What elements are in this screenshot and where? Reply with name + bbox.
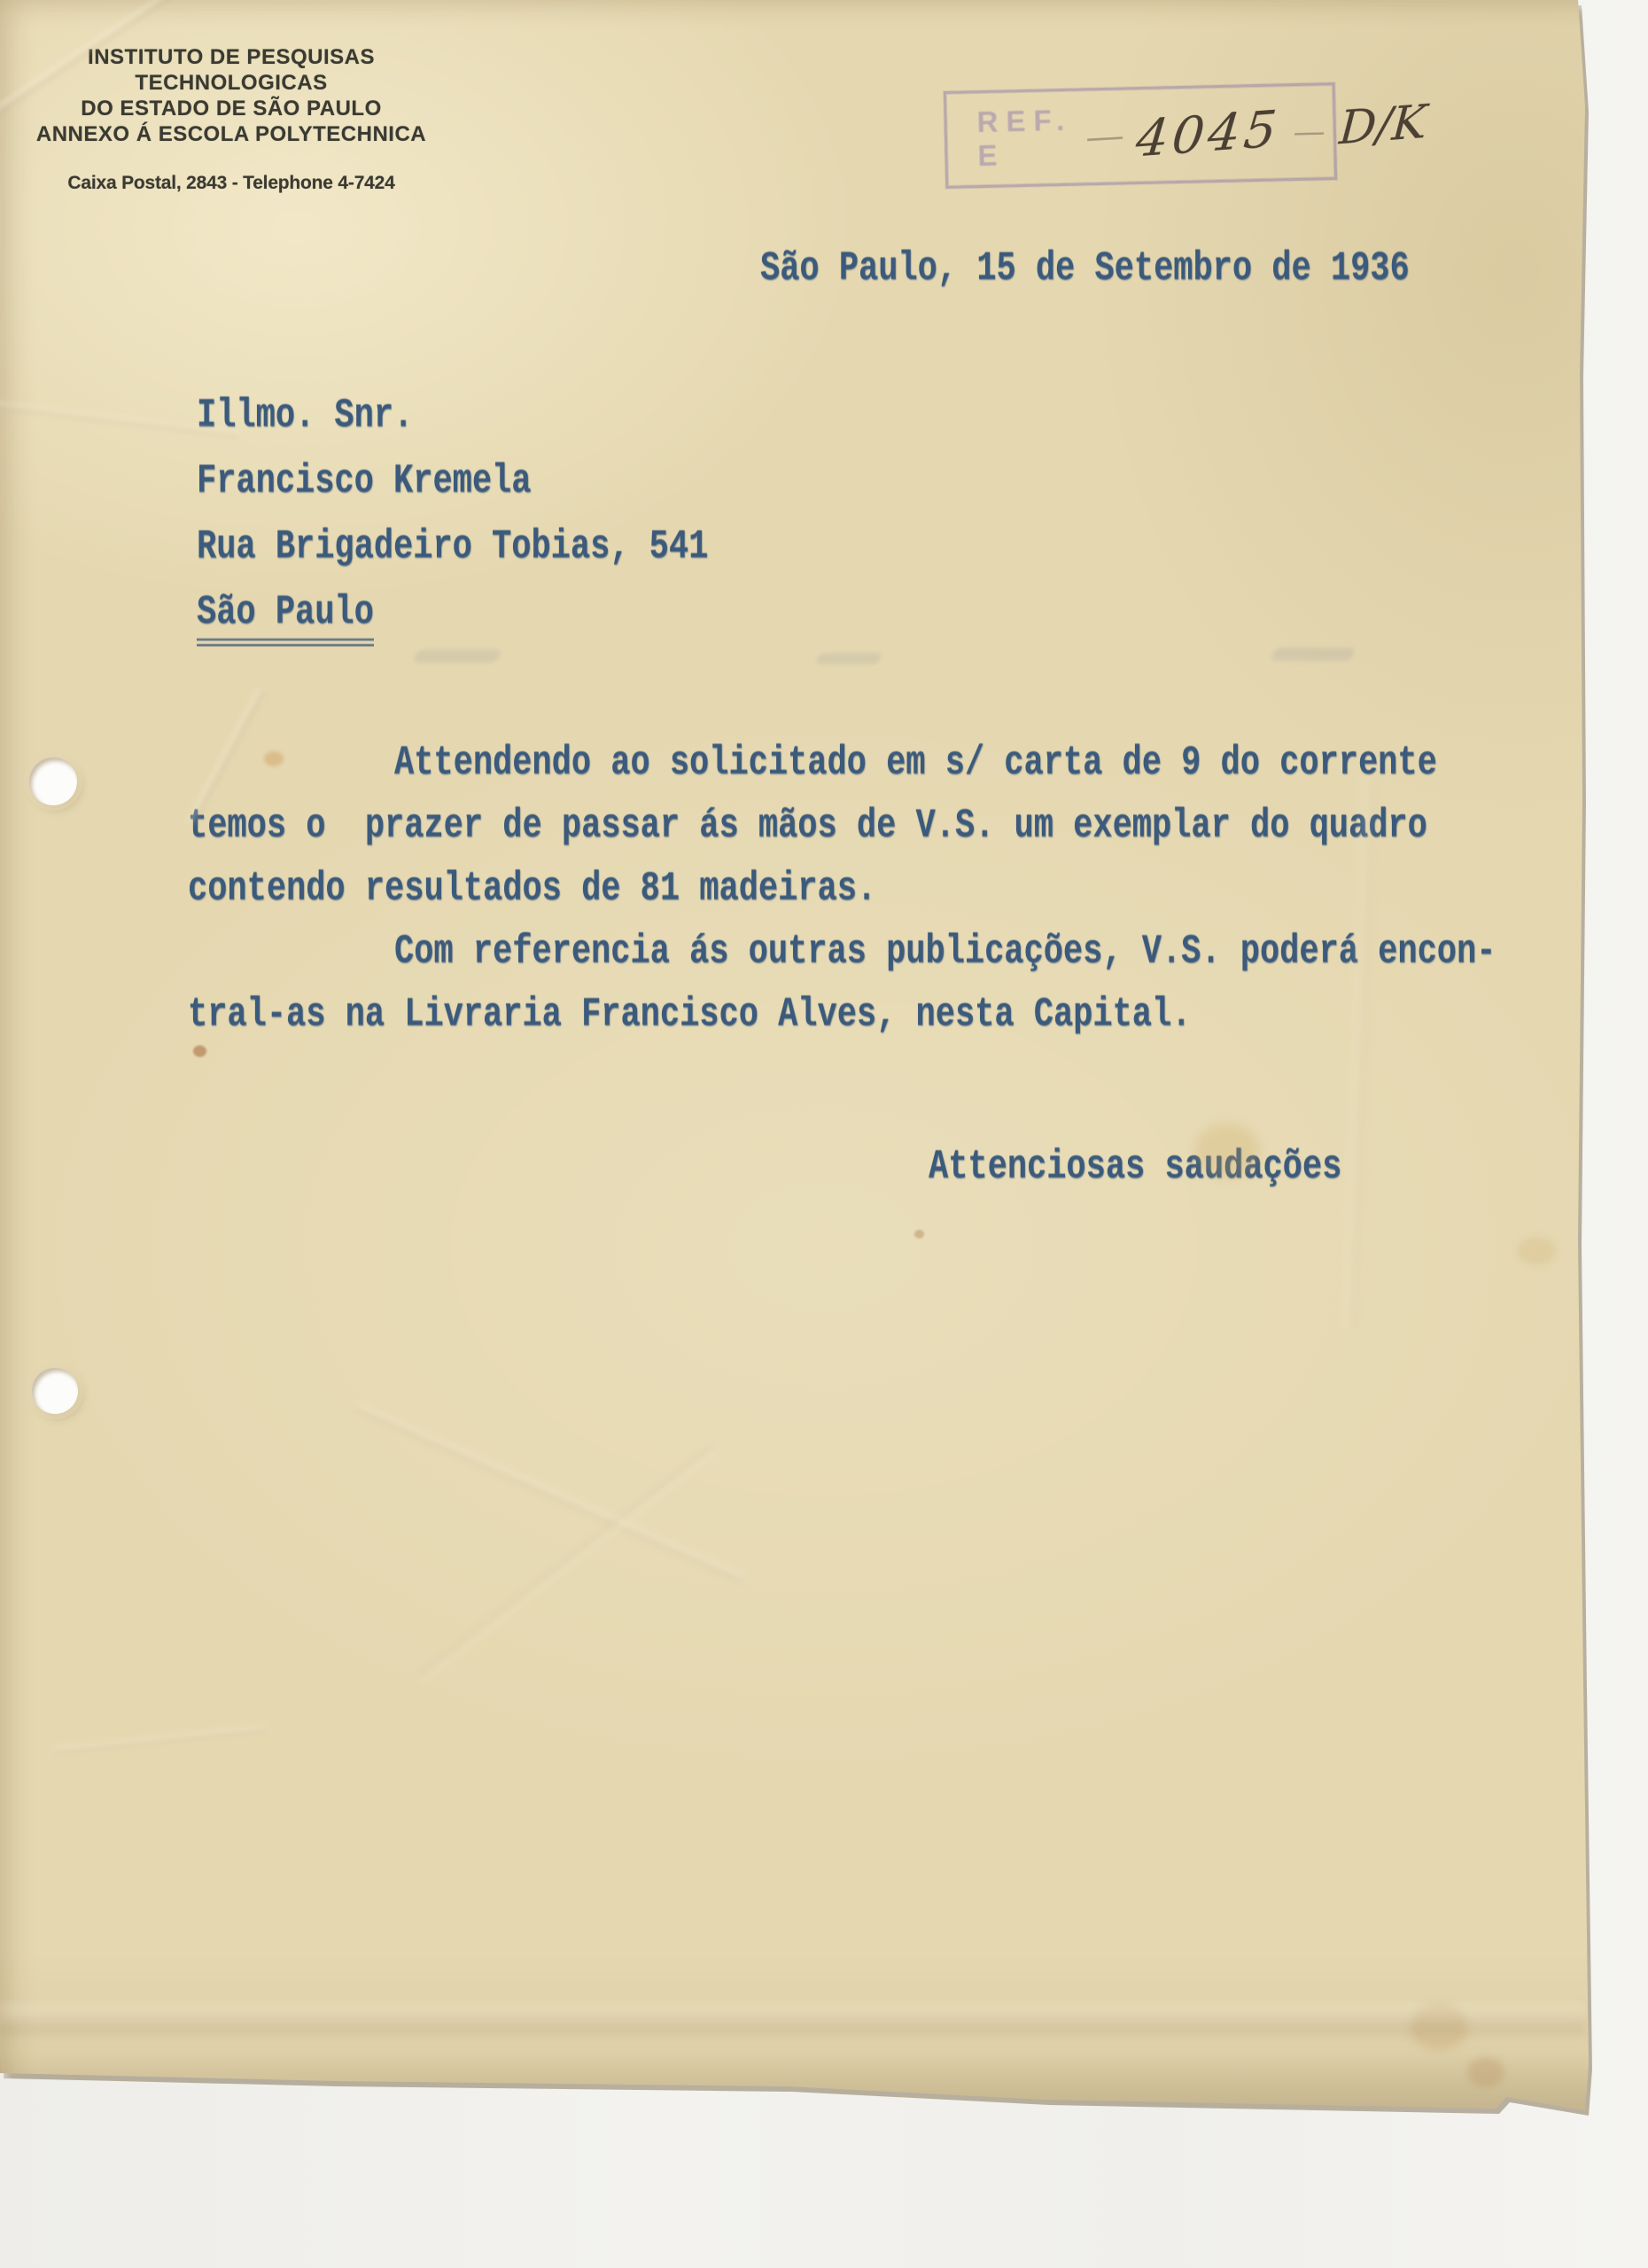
ref-stamp-box: REF. E — 4045 — D/K	[944, 82, 1337, 189]
body-line: temos o prazer de passar ás mãos de V.S.…	[188, 806, 1427, 848]
ref-stamp-dash: —	[1085, 115, 1123, 157]
paper: INSTITUTO DE PESQUISAS TECHNOLOGICAS DO …	[0, 0, 1648, 2268]
scanned-letter: INSTITUTO DE PESQUISAS TECHNOLOGICAS DO …	[0, 0, 1648, 2268]
ref-dash-handwritten: —	[1293, 113, 1325, 151]
addressee-street: Rua Brigadeiro Tobias, 541	[197, 527, 708, 569]
crease	[418, 1446, 717, 1682]
crease	[1344, 780, 1376, 1329]
addressee-name: Francisco Kremela	[197, 462, 531, 503]
ghost-smudge	[1270, 648, 1356, 661]
addressee-city: São Paulo	[197, 593, 374, 646]
crease	[354, 1402, 746, 1583]
letterhead: INSTITUTO DE PESQUISAS TECHNOLOGICAS DO …	[7, 44, 455, 196]
ghost-smudge	[815, 653, 883, 664]
letterhead-line-1: INSTITUTO DE PESQUISAS TECHNOLOGICAS	[7, 44, 455, 96]
stain	[1467, 2057, 1504, 2087]
date-line: São Paulo, 15 de Setembro de 1936	[760, 249, 1410, 291]
stain	[193, 1045, 206, 1057]
letterhead-contact: Caixa Postal, 2843 - Telephone 4-7424	[7, 170, 455, 196]
stain	[1517, 1237, 1556, 1265]
crease	[53, 1725, 266, 1754]
addressee-salutation: Illmo. Snr.	[197, 396, 413, 438]
addressee-city-underlined: São Paulo	[197, 593, 374, 646]
stain	[1194, 1123, 1260, 1178]
ref-stamp-label: REF. E	[976, 104, 1073, 173]
ref-number-handwritten: 4045	[1133, 99, 1283, 168]
body-line: contendo resultados de 81 madeiras.	[188, 869, 876, 911]
punch-hole-bottom	[32, 1368, 78, 1414]
ref-suffix-handwritten: D/K	[1337, 96, 1427, 155]
body-line: tral-as na Livraria Francisco Alves, nes…	[188, 995, 1191, 1037]
body-line: Com referencia ás outras publicações, V.…	[394, 932, 1496, 974]
stain	[914, 1230, 924, 1239]
crease	[0, 2004, 1586, 2034]
stain	[264, 751, 284, 766]
closing-line: Attenciosas saudações	[929, 1147, 1341, 1189]
body-line: Attendendo ao solicitado em s/ carta de …	[394, 743, 1437, 785]
ghost-smudge	[412, 649, 501, 663]
letterhead-line-3: ANNEXO Á ESCOLA POLYTECHNICA	[7, 121, 455, 147]
stain	[1411, 2004, 1467, 2050]
punch-hole-top	[29, 757, 77, 805]
letterhead-line-2: DO ESTADO DE SÃO PAULO	[7, 96, 455, 121]
